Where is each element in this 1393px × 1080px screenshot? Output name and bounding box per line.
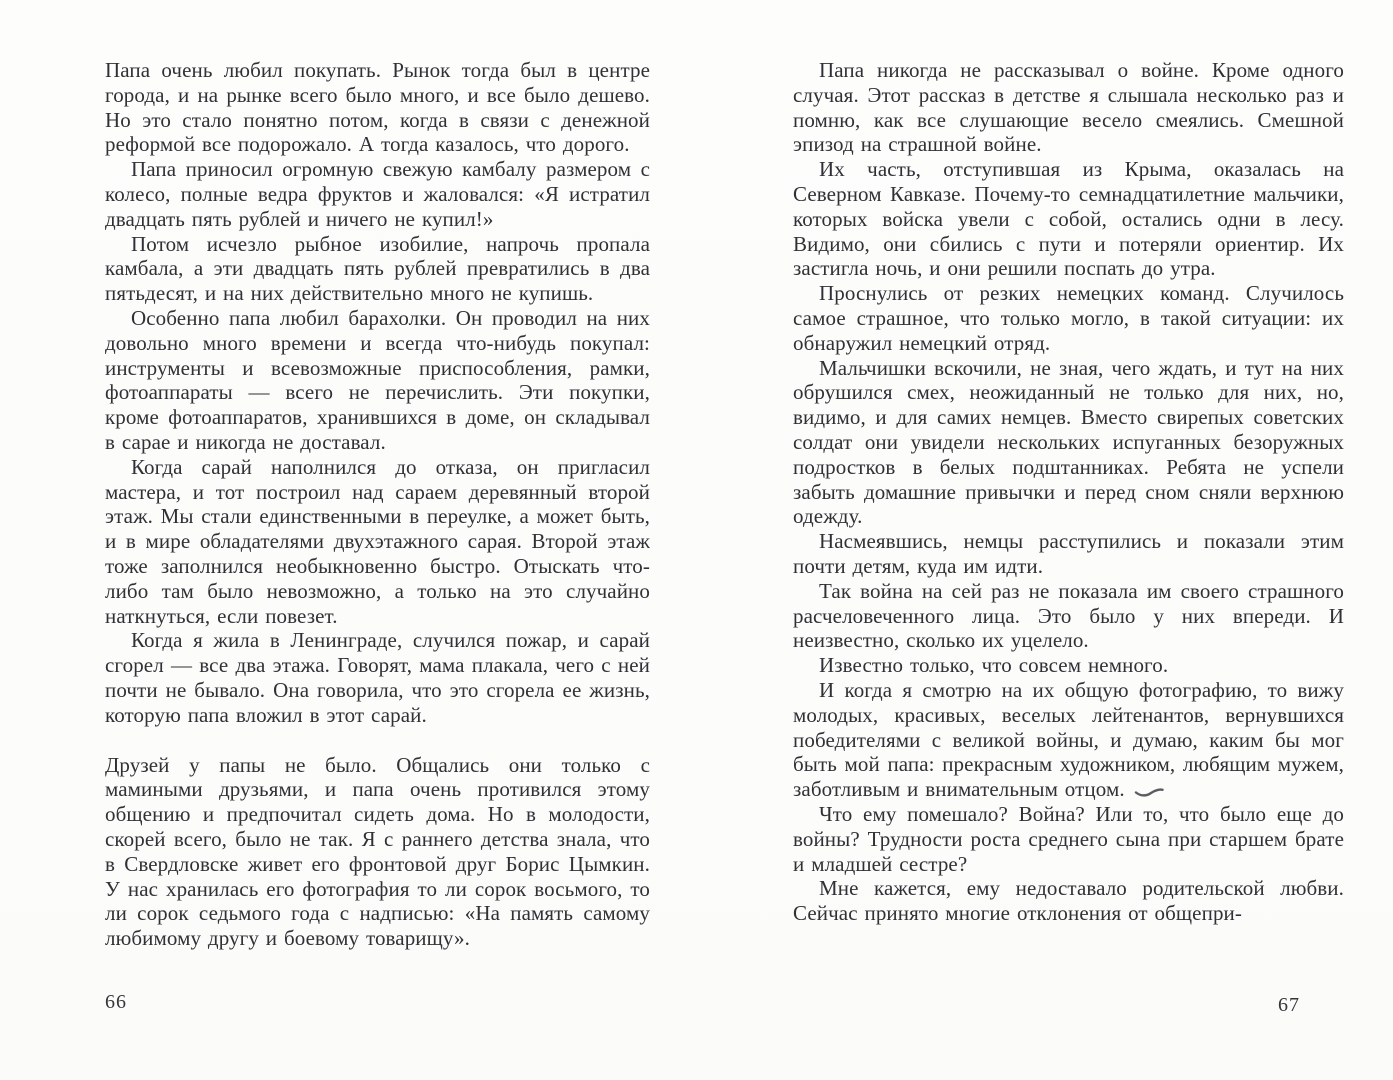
page-67-text: Папа никогда не рассказывал о войне. Кро…: [793, 58, 1344, 926]
paragraph: Насмеявшись, немцы расступились и показа…: [793, 529, 1344, 579]
paragraph: Папа приносил огромную свежую камбалу ра…: [105, 157, 650, 231]
paragraph: Их часть, отступившая из Крыма, оказалас…: [793, 157, 1344, 281]
paragraph: Папа никогда не рассказывал о войне. Кро…: [793, 58, 1344, 157]
page-66-text: Папа очень любил покупать. Рынок тогда б…: [105, 58, 650, 951]
page-number: 67: [1278, 994, 1300, 1017]
paragraph: И когда я смотрю на их общую фотографию,…: [793, 678, 1344, 802]
paragraph: Друзей у папы не было. Общались они толь…: [105, 753, 650, 951]
page-number: 66: [105, 991, 127, 1014]
paragraph: Папа очень любил покупать. Рынок тогда б…: [105, 58, 650, 157]
paragraph: Особенно папа любил барахолки. Он провод…: [105, 306, 650, 455]
book-spread: Папа очень любил покупать. Рынок тогда б…: [0, 0, 1393, 1080]
paragraph: Мне кажется, ему недоставало родительско…: [793, 876, 1344, 926]
paragraph: Потом исчезло рыбное изобилие, напрочь п…: [105, 232, 650, 306]
paragraph: Мальчишки вскочили, не зная, чего ждать,…: [793, 356, 1344, 530]
paragraph: Так война на сей раз не показала им свое…: [793, 579, 1344, 653]
pen-stroke-icon: [1134, 785, 1164, 798]
paragraph: Когда сарай наполнился до отказа, он при…: [105, 455, 650, 629]
paragraph: Проснулись от резких немецких команд. Сл…: [793, 281, 1344, 355]
paragraph: Когда я жила в Ленинграде, случился пожа…: [105, 628, 650, 727]
paragraph: Что ему помешало? Война? Или то, что был…: [793, 802, 1344, 876]
paragraph: Известно только, что совсем немного.: [793, 653, 1344, 678]
